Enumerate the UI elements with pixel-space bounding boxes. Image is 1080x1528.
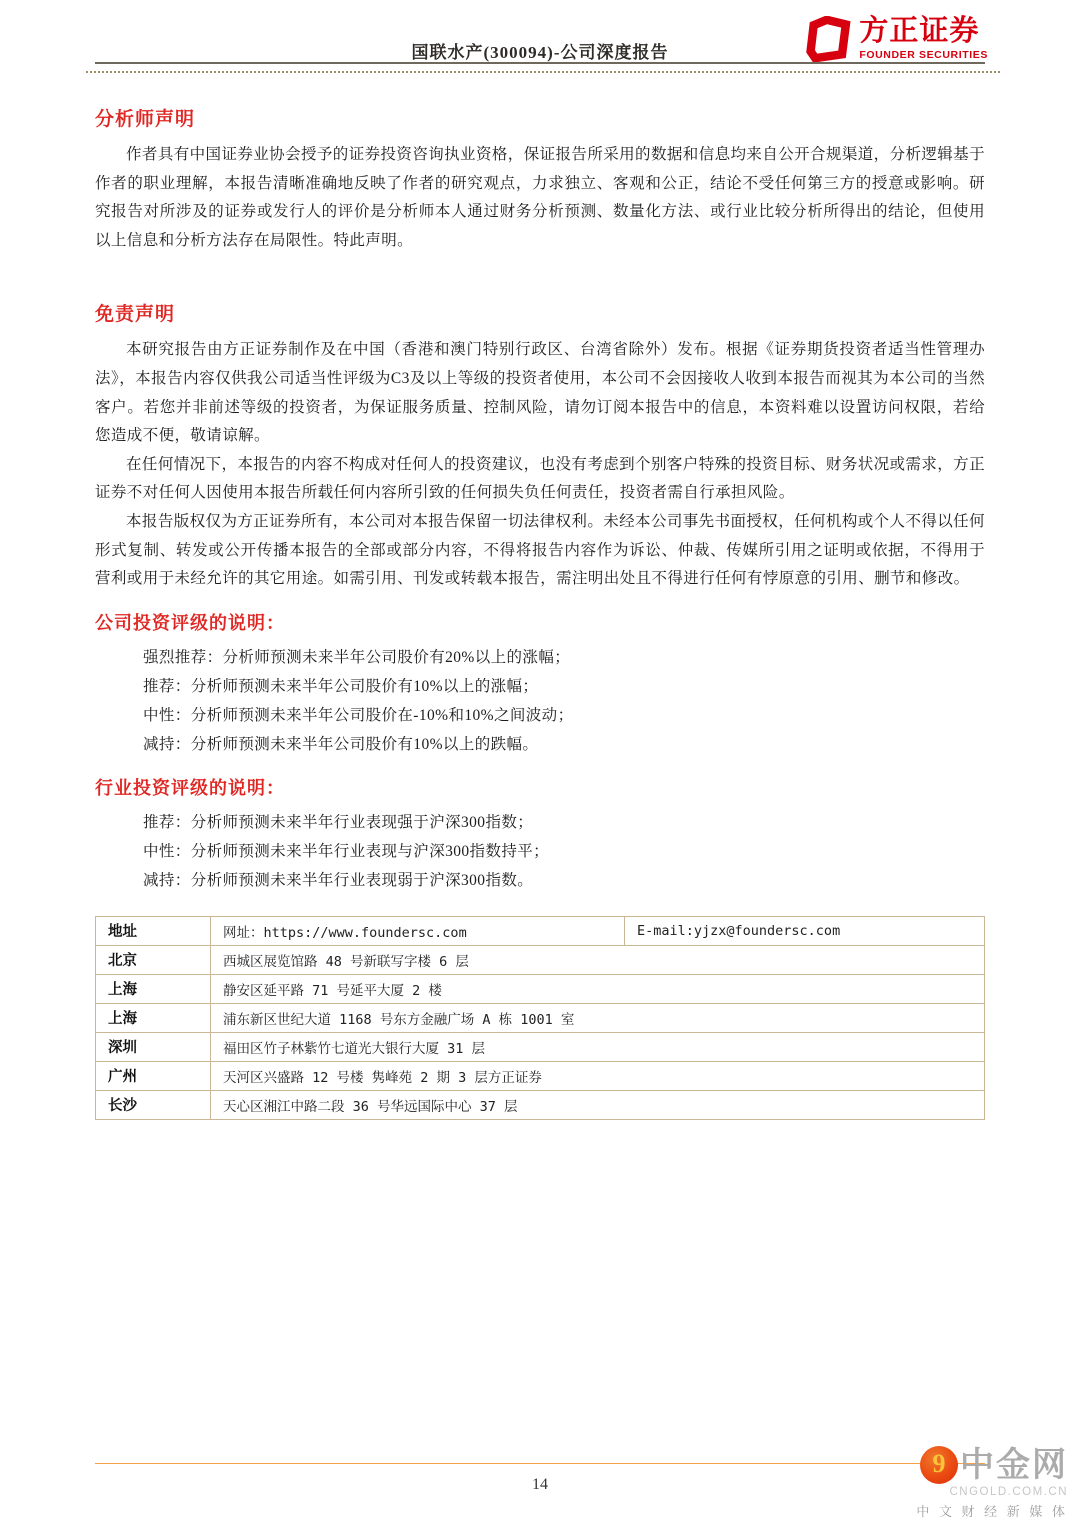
header-rule-solid [95,62,985,64]
logo-en-name: FOUNDER SECURITIES [859,50,988,61]
cngold-logo-icon: 9 [920,1446,958,1484]
row-label: 上海 [96,1003,211,1032]
watermark-tagline: 中 文 财 经 新 媒 体 [908,1501,1068,1520]
analyst-statement-paragraph: 作者具有中国证券业协会授予的证券投资咨询执业资格，保证报告所采用的数据和信息均来… [95,141,985,255]
page-header: 国联水产(300094)-公司深度报告 方正证券 FOUNDER SECURIT… [0,0,1080,78]
industry-rating-list: 推荐：分析师预测未来半年行业表现强于沪深300指数； 中性：分析师预测未来半年行… [95,808,985,895]
founder-cube-icon [806,16,852,62]
watermark-name: 中金网 [960,1448,1068,1482]
company-rating-item: 强烈推荐：分析师预测未来半年公司股价有20%以上的涨幅； [143,643,985,672]
table-row-shenzhen: 深圳 福田区竹子林紫竹七道光大银行大厦 31 层 [96,1032,985,1061]
table-row-address: 地址 网址：https://www.foundersc.com E-mail:y… [96,916,985,945]
table-row-changsha: 长沙 天心区湘江中路二段 36 号华远国际中心 37 层 [96,1090,985,1119]
watermark-logo-row: 9 中金网 [908,1446,1068,1484]
header-rule-dotted [86,71,1000,73]
table-row-shanghai-2: 上海 浦东新区世纪大道 1168 号东方金融广场 A 栋 1001 室 [96,1003,985,1032]
email-address: E-mail:yjzx@foundersc.com [625,916,985,945]
company-rating-item: 推荐：分析师预测未来半年公司股价有10%以上的涨幅； [143,672,985,701]
industry-rating-item: 中性：分析师预测未来半年行业表现与沪深300指数持平； [143,837,985,866]
analyst-statement-heading: 分析师声明 [95,104,985,131]
row-label: 北京 [96,945,211,974]
row-label: 深圳 [96,1032,211,1061]
company-rating-item: 中性：分析师预测未来半年公司股价在-10%和10%之间波动； [143,701,985,730]
row-label: 长沙 [96,1090,211,1119]
office-address: 浦东新区世纪大道 1168 号东方金融广场 A 栋 1001 室 [211,1003,985,1032]
company-rating-heading: 公司投资评级的说明： [95,609,985,635]
contact-address-table: 地址 网址：https://www.foundersc.com E-mail:y… [95,916,985,1120]
report-content: 分析师声明 作者具有中国证券业协会授予的证券投资咨询执业资格，保证报告所采用的数… [0,104,1080,1120]
disclaimer-paragraph-2: 在任何情况下，本报告的内容不构成对任何人的投资建议，也没有考虑到个别客户特殊的投… [95,451,985,508]
row-label: 上海 [96,974,211,1003]
company-rating-item: 减持：分析师预测未来半年公司股价有10%以上的跌幅。 [143,730,985,759]
office-address: 福田区竹子林紫竹七道光大银行大厦 31 层 [211,1032,985,1061]
industry-rating-heading: 行业投资评级的说明： [95,774,985,800]
report-page: 国联水产(300094)-公司深度报告 方正证券 FOUNDER SECURIT… [0,0,1080,1528]
row-label: 地址 [96,916,211,945]
company-rating-list: 强烈推荐：分析师预测未来半年公司股价有20%以上的涨幅； 推荐：分析师预测未来半… [95,643,985,759]
swirl-glyph: 9 [933,1451,946,1477]
industry-rating-item: 减持：分析师预测未来半年行业表现弱于沪深300指数。 [143,866,985,895]
office-address: 天河区兴盛路 12 号楼 隽峰苑 2 期 3 层方正证券 [211,1061,985,1090]
founder-securities-logo: 方正证券 FOUNDER SECURITIES [806,16,988,62]
row-label: 广州 [96,1061,211,1090]
logo-cn-name: 方正证券 [859,17,988,46]
footer-rule [95,1463,985,1465]
office-address: 静安区延平路 71 号延平大厦 2 楼 [211,974,985,1003]
table-row-guangzhou: 广州 天河区兴盛路 12 号楼 隽峰苑 2 期 3 层方正证券 [96,1061,985,1090]
table-row-shanghai-1: 上海 静安区延平路 71 号延平大厦 2 楼 [96,974,985,1003]
disclaimer-paragraph-1: 本研究报告由方正证券制作及在中国（香港和澳门特别行政区、台湾省除外）发布。根据《… [95,336,985,450]
disclaimer-heading: 免责声明 [95,299,985,326]
disclaimer-paragraph-3: 本报告版权仅为方正证券所有，本公司对本报告保留一切法律权利。未经本公司事先书面授… [95,508,985,594]
watermark-domain: CNGOLD.COM.CN [908,1486,1068,1498]
website-url: 网址：https://www.foundersc.com [211,916,625,945]
industry-rating-item: 推荐：分析师预测未来半年行业表现强于沪深300指数； [143,808,985,837]
table-row-beijing: 北京 西城区展览馆路 48 号新联写字楼 6 层 [96,945,985,974]
logo-text: 方正证券 FOUNDER SECURITIES [859,17,988,61]
office-address: 西城区展览馆路 48 号新联写字楼 6 层 [211,945,985,974]
cngold-watermark: 9 中金网 CNGOLD.COM.CN 中 文 财 经 新 媒 体 [908,1446,1068,1520]
office-address: 天心区湘江中路二段 36 号华远国际中心 37 层 [211,1090,985,1119]
